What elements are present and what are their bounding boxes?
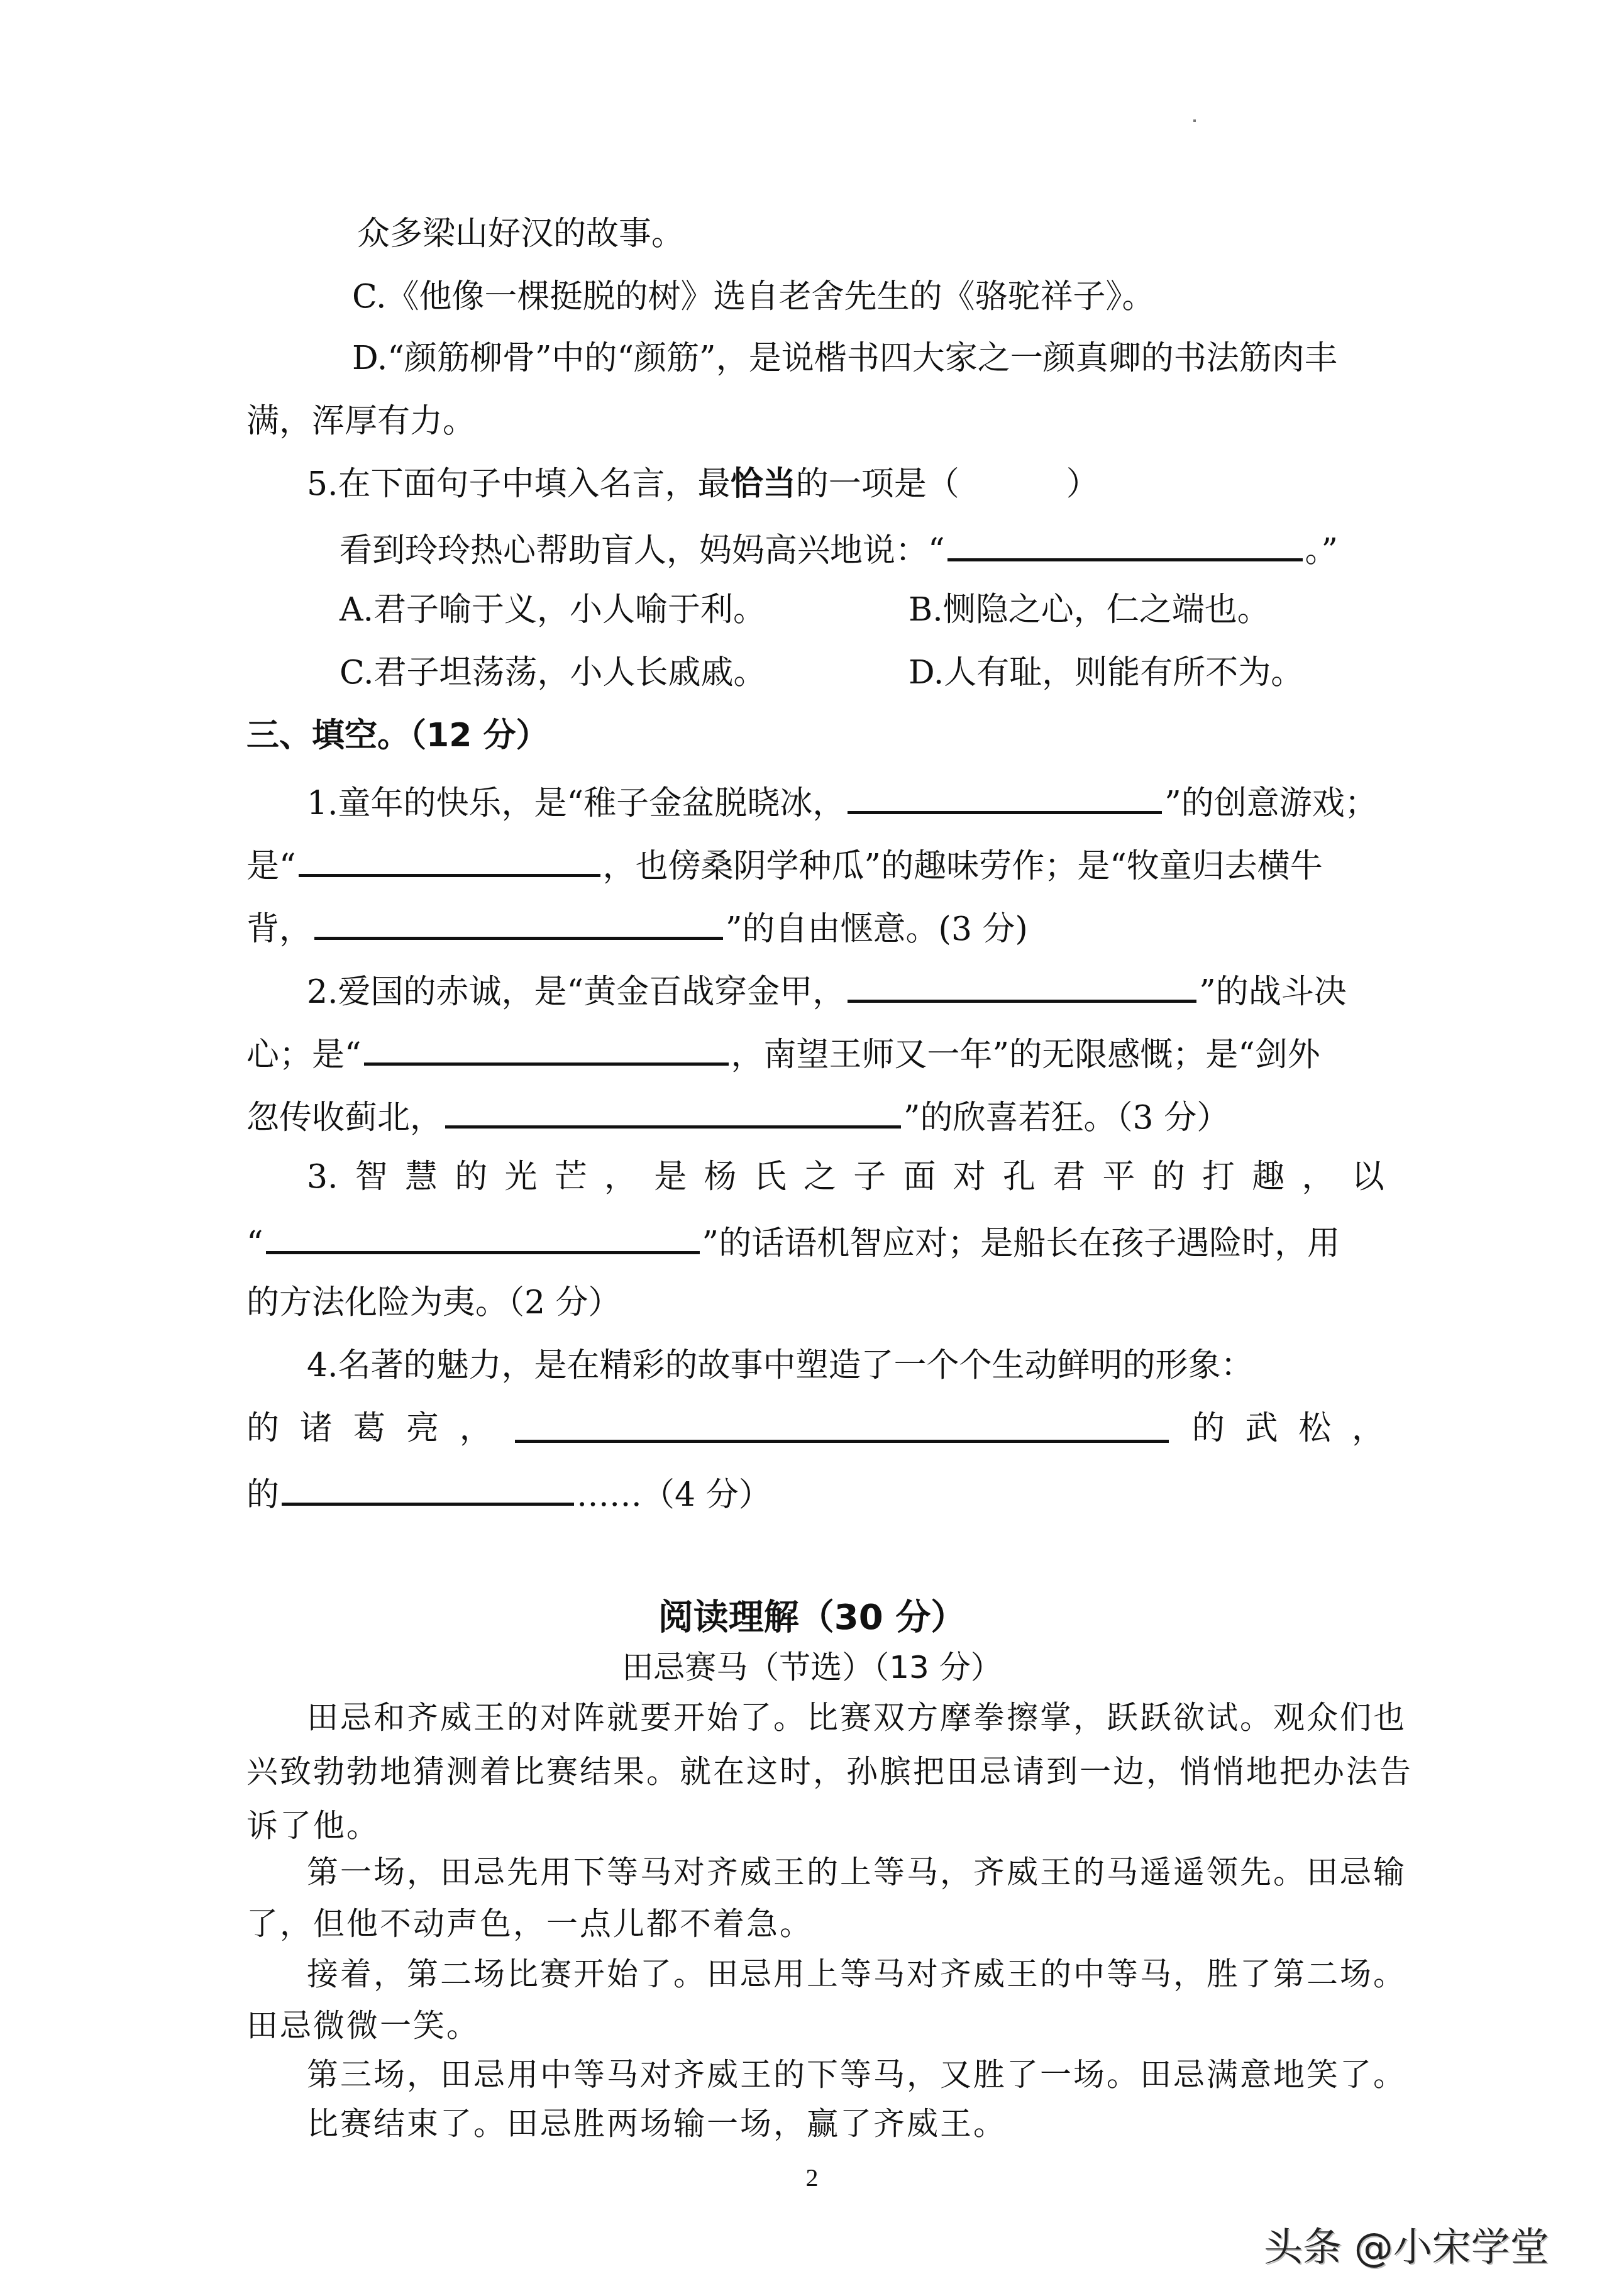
section3-heading: 三、填空。（12 分） — [246, 715, 1384, 756]
reading-paragraph-line: 第一场，田忌先用下等马对齐威王的上等马，齐威王的马遥遥领先。田忌输 — [307, 1852, 1384, 1892]
reading-paragraph-line: 田忌微微一笑。 — [246, 2006, 1384, 2046]
q5-option-a[interactable]: A.君子喻于义，小人喻于利。 — [340, 590, 909, 630]
q2-line1: 2.爱国的赤诚，是“黄金百战穿金甲，”的战斗决 — [307, 968, 1384, 1012]
q4-line1: 4.名著的魅力，是在精彩的故事中塑造了一个个生动鲜明的形象： — [307, 1345, 1384, 1386]
option-d-line2: 满，浑厚有力。 — [246, 401, 1384, 441]
q2-blank-3[interactable] — [445, 1094, 901, 1129]
q3-line3: 的方法化险为夷。（2 分） — [246, 1283, 1384, 1323]
q3-line2: “”的话语机智应对；是船长在孩子遇险时，用 — [246, 1220, 1384, 1264]
q5-options-row1: A.君子喻于义，小人喻于利。 B.恻隐之心，仁之端也。 — [340, 590, 1478, 630]
speck-mark — [1193, 119, 1196, 122]
q4-blank-2[interactable] — [282, 1471, 574, 1506]
q2-blank-1[interactable] — [848, 968, 1196, 1003]
q1-blank-1[interactable] — [848, 780, 1162, 814]
q5-stem: 5.在下面句子中填入名言，最恰当的一项是（） — [307, 464, 1384, 504]
q2-blank-2[interactable] — [364, 1031, 729, 1066]
reading-paragraph-line: 了，但他不动声色，一点儿都不着急。 — [246, 1904, 1384, 1944]
reading-subheading: 田忌赛马（节选）（13 分） — [0, 1642, 1624, 1687]
q4-line3: 的……（4 分） — [246, 1471, 1384, 1515]
q3-blank-1[interactable] — [266, 1220, 700, 1254]
reading-heading: 阅读理解（30 分） — [0, 1589, 1624, 1640]
q5-options-row2: C.君子坦荡荡，小人长戚戚。 D.人有耻，则能有所不为。 — [340, 653, 1478, 693]
reading-paragraph-line: 田忌和齐威王的对阵就要开始了。比赛双方摩拳擦掌，跃跃欲试。观众们也 — [307, 1697, 1384, 1738]
emphasis-text: 恰当 — [731, 465, 796, 503]
q1-line1: 1.童年的快乐，是“稚子金盆脱晓冰，”的创意游戏； — [307, 780, 1384, 824]
q1-blank-2[interactable] — [299, 842, 600, 877]
exam-page: 众多梁山好汉的故事。 C.《他像一棵挺脱的树》选自老舍先生的《骆驼祥子》。 D.… — [0, 0, 1624, 2296]
q5-blank[interactable] — [947, 527, 1303, 561]
option-c: C.《他像一棵挺脱的树》选自老舍先生的《骆驼祥子》。 — [352, 277, 1490, 317]
watermark: 头条 @小宋学堂 — [1264, 2216, 1549, 2272]
option-d-line1: D.“颜筋柳骨”中的“颜筋”，是说楷书四大家之一颜真卿的书法筋肉丰 — [352, 338, 1490, 378]
reading-paragraph-line: 兴致勃勃地猜测着比赛结果。就在这时，孙膑把田忌请到一边，悄悄地把办法告 — [246, 1752, 1384, 1792]
q5-option-b[interactable]: B.恻隐之心，仁之端也。 — [909, 590, 1270, 630]
option-b-tail: 众多梁山好汉的故事。 — [357, 214, 1495, 254]
reading-paragraph-line: 第三场，田忌用中等马对齐威王的下等马，又胜了一场。田忌满意地笑了。 — [307, 2055, 1384, 2095]
q3-line1: 3.智慧的光芒，是杨氏之子面对孔君平的打趣，以 — [307, 1157, 1384, 1197]
q4-blank-1[interactable] — [515, 1408, 1169, 1443]
q5-sentence: 看到玲玲热心帮助盲人，妈妈高兴地说：“。” — [340, 527, 1478, 571]
reading-paragraph-line: 接着，第二场比赛开始了。田忌用上等马对齐威王的中等马，胜了第二场。 — [307, 1954, 1384, 1994]
q2-line2: 心；是“，南望王师又一年”的无限感慨；是“剑外 — [246, 1031, 1384, 1075]
q5-option-c[interactable]: C.君子坦荡荡，小人长戚戚。 — [340, 653, 909, 693]
q1-line2: 是“，也傍桑阴学种瓜”的趣味劳作；是“牧童归去横牛 — [246, 842, 1384, 886]
reading-paragraph-line: 诉了他。 — [246, 1806, 1384, 1846]
q1-blank-3[interactable] — [314, 905, 723, 940]
q5-option-d[interactable]: D.人有耻，则能有所不为。 — [909, 653, 1303, 693]
page-number: 2 — [0, 2163, 1624, 2192]
q1-line3: 背，”的自由惬意。(3 分) — [246, 905, 1384, 949]
reading-paragraph-line: 比赛结束了。田忌胜两场输一场，赢了齐威王。 — [307, 2104, 1384, 2144]
q4-line2: 的诸葛亮， 的武松， — [246, 1408, 1384, 1449]
q2-line3: 忽传收蓟北，”的欣喜若狂。（3 分） — [246, 1094, 1384, 1138]
